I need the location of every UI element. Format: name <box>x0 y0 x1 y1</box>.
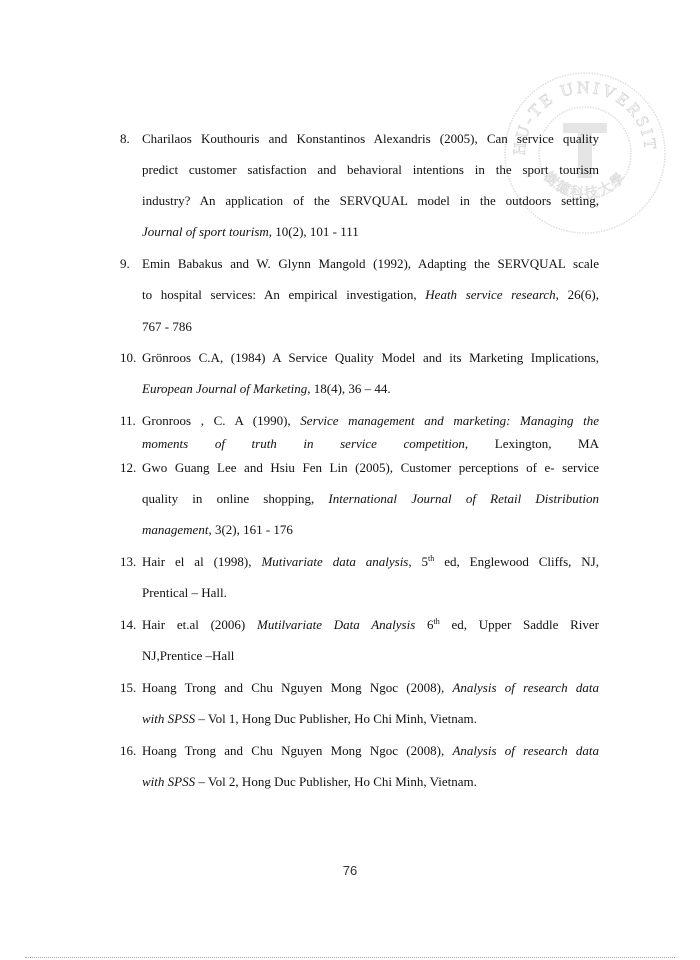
reference-text-segment: Hoang Trong and Chu Nguyen Mong Ngoc (20… <box>142 743 452 758</box>
reference-text-segment: – Vol 1, Hong Duc Publisher, Ho Chi Minh… <box>195 711 477 726</box>
reference-text-segment: predict customer satisfaction and behavi… <box>142 162 599 177</box>
reference-text-segment: , 10(2), 101 - 111 <box>269 224 359 239</box>
reference-text-segment: NJ,Prentice –Hall <box>142 648 234 663</box>
reference-line: management, 3(2), 161 - 176 <box>142 522 599 538</box>
reference-line: Gronroos , C. A (1990), Service manageme… <box>142 413 599 429</box>
reference-number: 12. <box>120 460 136 476</box>
reference-text-segment: – Vol 2, Hong Duc Publisher, Ho Chi Minh… <box>195 774 477 789</box>
reference-line: Journal of sport tourism, 10(2), 101 - 1… <box>142 224 599 240</box>
document-page: SHU-TE UNIVERSITY 樹德科技大學 8.Charilaos Kou… <box>0 0 700 960</box>
reference-line: predict customer satisfaction and behavi… <box>142 162 599 178</box>
reference-text-segment: Hair et.al (2006) <box>142 617 257 632</box>
reference-text-segment: 767 - 786 <box>142 319 192 334</box>
reference-text-segment: Emin Babakus and W. Glynn Mangold (1992)… <box>142 256 599 271</box>
reference-number: 9. <box>120 256 130 272</box>
reference-line: Hair el al (1998), Mutivariate data anal… <box>142 554 599 570</box>
reference-title-segment: European Journal of Marketing <box>142 381 307 396</box>
reference-line: NJ,Prentice –Hall <box>142 648 599 664</box>
reference-text-segment: ed, Upper Saddle River <box>440 617 599 632</box>
reference-text-segment: Hoang Trong and Chu Nguyen Mong Ngoc (20… <box>142 680 452 695</box>
reference-number: 8. <box>120 131 130 147</box>
reference-text-segment: Grönroos C.A, (1984) A Service Quality M… <box>142 350 599 365</box>
page-number: 76 <box>0 863 700 878</box>
reference-number: 11. <box>120 413 136 429</box>
reference-title-segment: with SPSS <box>142 711 195 726</box>
reference-text-segment: Prentical – Hall. <box>142 585 227 600</box>
reference-line: Grönroos C.A, (1984) A Service Quality M… <box>142 350 599 366</box>
reference-title-segment: Analysis of research data <box>452 743 599 758</box>
reference-line: Prentical – Hall. <box>142 585 599 601</box>
reference-title-segment: moments of truth in service competition <box>142 436 465 451</box>
reference-text-segment: quality in online shopping, <box>142 491 328 506</box>
reference-number: 16. <box>120 743 136 759</box>
reference-line: to hospital services: An empirical inves… <box>142 287 599 303</box>
reference-text-segment: to hospital services: An empirical inves… <box>142 287 425 302</box>
reference-number: 14. <box>120 617 136 633</box>
reference-text-segment: , Lexington, MA <box>465 436 599 451</box>
reference-line: Hair et.al (2006) Mutilvariate Data Anal… <box>142 617 599 633</box>
reference-line: quality in online shopping, Internationa… <box>142 491 599 507</box>
reference-line: Gwo Guang Lee and Hsiu Fen Lin (2005), C… <box>142 460 599 476</box>
reference-text-segment: Gwo Guang Lee and Hsiu Fen Lin (2005), C… <box>142 460 599 475</box>
reference-line: industry? An application of the SERVQUAL… <box>142 193 599 209</box>
reference-text-segment: , 26(6), <box>556 287 599 302</box>
reference-number: 13. <box>120 554 136 570</box>
reference-line: with SPSS – Vol 2, Hong Duc Publisher, H… <box>142 774 599 790</box>
reference-text-segment: 6 <box>415 617 433 632</box>
reference-text-segment: industry? An application of the SERVQUAL… <box>142 193 599 208</box>
reference-title-segment: International Journal of Retail Distribu… <box>328 491 599 506</box>
reference-line: with SPSS – Vol 1, Hong Duc Publisher, H… <box>142 711 599 727</box>
reference-text-segment: Charilaos Kouthouris and Konstantinos Al… <box>142 131 599 146</box>
reference-line: Hoang Trong and Chu Nguyen Mong Ngoc (20… <box>142 743 599 759</box>
reference-title-segment: with SPSS <box>142 774 195 789</box>
reference-line: European Journal of Marketing, 18(4), 36… <box>142 381 599 397</box>
page-bottom-dotted-rule <box>25 957 675 958</box>
reference-line: 767 - 786 <box>142 319 599 335</box>
reference-title-segment: Heath service research <box>425 287 555 302</box>
reference-title-segment: Mutilvariate Data Analysis <box>257 617 415 632</box>
reference-title-segment: management <box>142 522 208 537</box>
reference-number: 15. <box>120 680 136 696</box>
reference-line: Emin Babakus and W. Glynn Mangold (1992)… <box>142 256 599 272</box>
reference-text-segment: Hair el al (1998), <box>142 554 261 569</box>
reference-title-segment: Service management and marketing: Managi… <box>300 413 599 428</box>
reference-title-segment: Analysis of research data <box>452 680 599 695</box>
reference-line: Hoang Trong and Chu Nguyen Mong Ngoc (20… <box>142 680 599 696</box>
reference-title-segment: Journal of sport tourism <box>142 224 269 239</box>
reference-text-segment: , 18(4), 36 – 44. <box>307 381 390 396</box>
reference-number: 10. <box>120 350 136 366</box>
reference-text-segment: , 3(2), 161 - 176 <box>208 522 293 537</box>
reference-title-segment: Mutivariate data analysis <box>261 554 408 569</box>
reference-text-segment: , 5 <box>408 554 428 569</box>
reference-line: moments of truth in service competition,… <box>142 436 599 452</box>
reference-text-segment: ed, Englewood Cliffs, NJ, <box>434 554 599 569</box>
university-seal-watermark: SHU-TE UNIVERSITY 樹德科技大學 <box>500 68 670 238</box>
reference-text-segment: Gronroos , C. A (1990), <box>142 413 300 428</box>
reference-line: Charilaos Kouthouris and Konstantinos Al… <box>142 131 599 147</box>
